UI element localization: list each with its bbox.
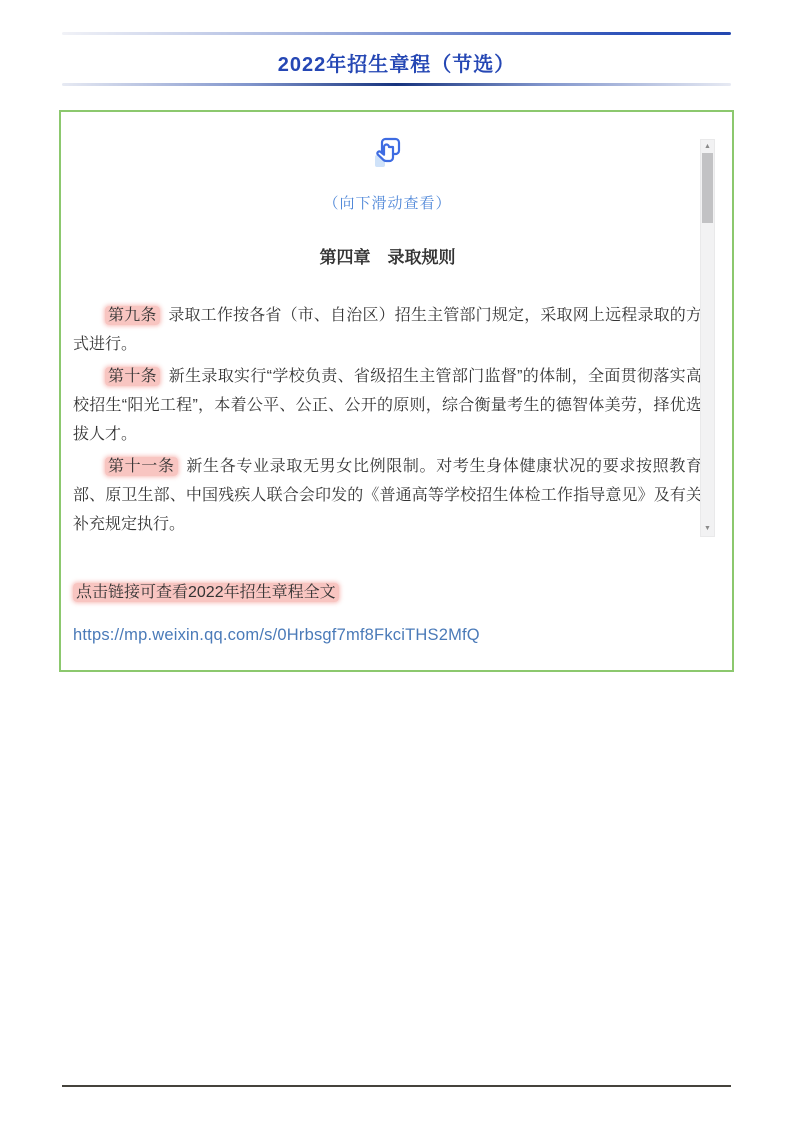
- bottom-divider: [62, 1085, 731, 1087]
- article-text: 新生录取实行“学校负责、省级招生主管部门监督”的体制，全面贯彻落实高校招生“阳光…: [73, 368, 702, 443]
- title-underline-divider: [62, 83, 731, 86]
- scrollbar-down-icon[interactable]: ▼: [701, 524, 714, 534]
- charter-full-text-link[interactable]: https://mp.weixin.qq.com/s/0Hrbsgf7mf8Fk…: [73, 626, 480, 645]
- scrollbar-up-icon[interactable]: ▲: [701, 142, 714, 152]
- charter-notice-box: （向下滑动查看） 第四章 录取规则 第九条录取工作按各省（市、自治区）招生主管部…: [59, 110, 734, 672]
- link-hint-row: 点击链接可查看2022年招生章程全文: [73, 579, 339, 602]
- scrollbar[interactable]: ▲ ▼: [700, 139, 715, 537]
- article-paragraph: 第九条录取工作按各省（市、自治区）招生主管部门规定，采取网上远程录取的方式进行。: [73, 301, 702, 359]
- scrollable-content[interactable]: （向下滑动查看） 第四章 录取规则 第九条录取工作按各省（市、自治区）招生主管部…: [73, 112, 702, 544]
- article-label: 第十一条: [105, 457, 178, 476]
- article-paragraph: 第十条新生录取实行“学校负责、省级招生主管部门监督”的体制，全面贯彻落实高校招生…: [73, 362, 702, 449]
- link-hint-text: 点击链接可查看2022年招生章程全文: [73, 583, 339, 602]
- document-page: 2022年招生章程（节选） （向下滑动查看） 第四章 录取规则 第九条录取工作按…: [0, 0, 793, 1123]
- article-label: 第九条: [105, 306, 160, 325]
- article-label: 第十条: [105, 367, 160, 386]
- article-text: 录取工作按各省（市、自治区）招生主管部门规定，采取网上远程录取的方式进行。: [73, 307, 702, 353]
- scrollbar-thumb[interactable]: [702, 153, 713, 223]
- swipe-down-hand-icon: [73, 136, 702, 172]
- chapter-heading: 第四章 录取规则: [73, 243, 702, 268]
- articles-body: 第九条录取工作按各省（市、自治区）招生主管部门规定，采取网上远程录取的方式进行。…: [73, 301, 702, 539]
- top-divider: [62, 32, 731, 35]
- scroll-hint-text: （向下滑动查看）: [73, 192, 702, 213]
- page-title: 2022年招生章程（节选）: [0, 48, 793, 77]
- article-paragraph: 第十一条新生各专业录取无男女比例限制。对考生身体健康状况的要求按照教育部、原卫生…: [73, 452, 702, 539]
